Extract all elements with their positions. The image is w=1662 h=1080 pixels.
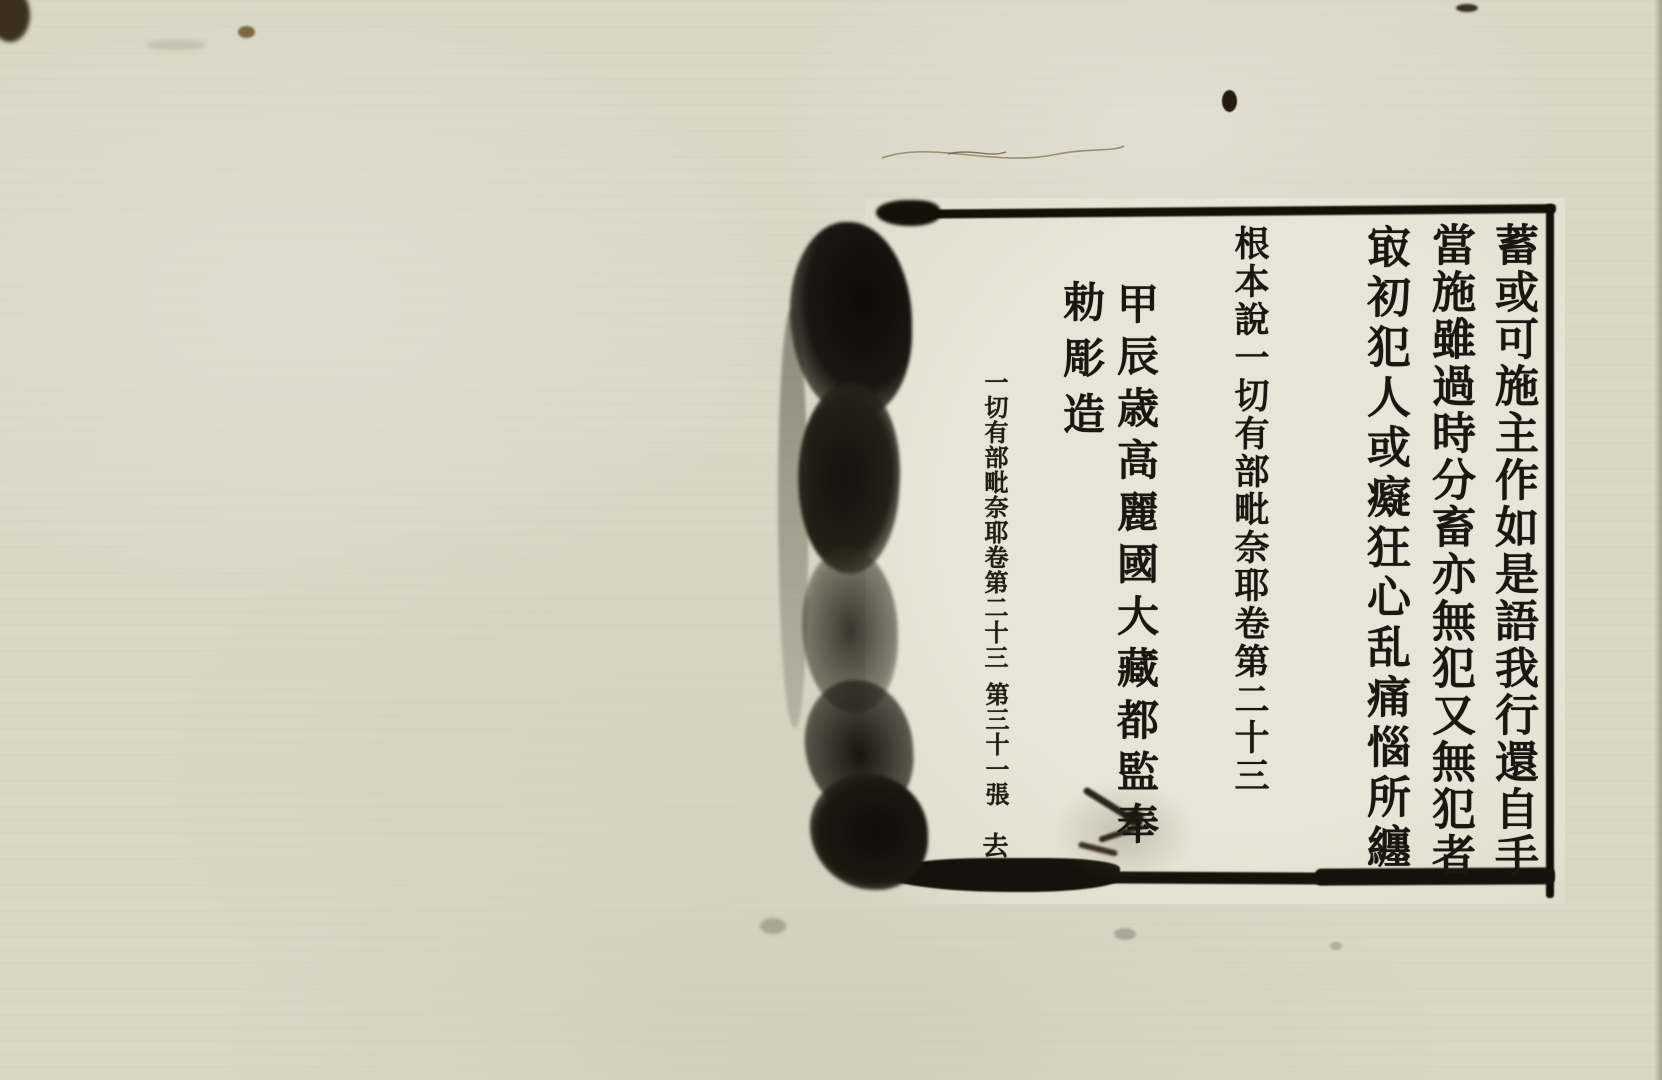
paper-fleck — [238, 26, 255, 38]
faint-smudge — [1114, 928, 1136, 940]
margin-case-marker: 去 — [978, 832, 1012, 858]
margin-sheet-number: 第三十一張 — [979, 682, 1013, 807]
edge-speck — [1456, 4, 1478, 12]
colophon-decree-line: 勅彫造 — [1063, 280, 1111, 448]
ink-speck — [1222, 90, 1237, 112]
scanned-page: 蓄或可施主作如是語我行還自手 當施雖過時分畜亦無犯又無犯者 㝡初犯人或癡狂心乱痛… — [0, 0, 1662, 1080]
faint-smudge — [1330, 942, 1342, 950]
colophon-date-line: 甲辰歳高麗國大藏都監奉 — [1117, 282, 1165, 854]
paper-fiber — [878, 128, 1128, 178]
sutra-text-column-2: 當施雖過時分畜亦無犯又無犯者 — [1431, 222, 1481, 880]
sutra-text-column-3: 㝡初犯人或癡狂心乱痛惱所纏 — [1366, 224, 1416, 874]
faint-stain — [146, 40, 206, 50]
fascicle-end-title: 根本說一切有部毗奈耶卷第二十三 — [1228, 225, 1274, 795]
margin-abbreviated-title: 一切有部毗奈耶卷第二十三 — [978, 370, 1012, 670]
page-edge-shadow — [1654, 0, 1662, 1080]
sutra-text-column-1: 蓄或可施主作如是語我行還自手 — [1494, 222, 1544, 880]
ink-smear — [778, 218, 930, 890]
corner-stain — [0, 0, 30, 42]
frame-right-border — [1546, 204, 1554, 898]
faint-smudge — [760, 918, 786, 934]
